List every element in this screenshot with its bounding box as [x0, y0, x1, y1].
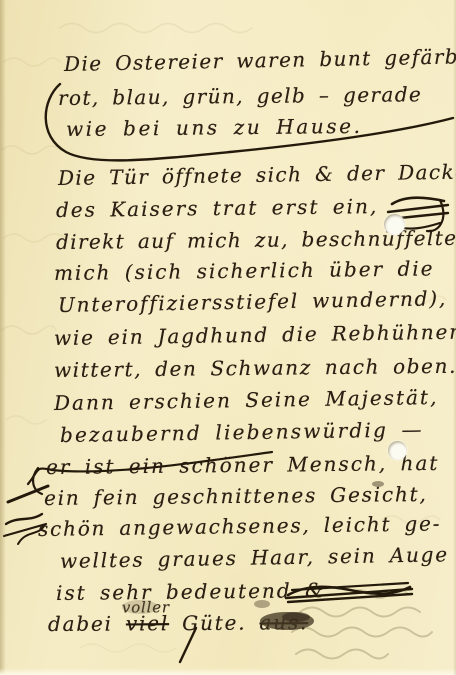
- manuscript-line-with-correction: dabei viel Güte. aus. voller: [48, 610, 308, 636]
- manuscript-line: mich (sich sicherlich über die: [54, 256, 435, 285]
- line-text: dabei: [48, 612, 113, 636]
- line-text: Unteroffiziersstiefel wundernd),: [58, 286, 447, 317]
- line-text: wie ein Jagdhund die Rebhühner: [54, 320, 456, 350]
- line-text: rot, blau, grün, gelb – gerade: [58, 82, 422, 110]
- punch-hole: [384, 214, 405, 235]
- punch-hole: [388, 441, 407, 460]
- manuscript-line: welltes graues Haar, sein Auge: [60, 542, 449, 573]
- line-text: er ist ein schöner Mensch, hat: [46, 451, 440, 479]
- manuscript-line: Dann erschien Seine Majestät,: [54, 385, 439, 415]
- manuscript-line: er ist ein schöner Mensch, hat: [46, 451, 440, 479]
- manuscript-line: Unteroffiziersstiefel wundernd),: [58, 286, 447, 317]
- manuscript-line: schön angewachsenes, leicht ge-: [38, 511, 442, 541]
- inserted-word-above-line: voller: [122, 598, 170, 616]
- line-text: wie bei uns zu Hause.: [66, 114, 363, 141]
- line-text: ist sehr bedeutend &: [56, 578, 325, 605]
- struck-word-smudged: aus.: [259, 610, 308, 634]
- manuscript-line: ist sehr bedeutend &: [56, 578, 325, 605]
- line-text: bezaubernd liebenswürdig —: [60, 417, 424, 447]
- line-text: welltes graues Haar, sein Auge: [60, 542, 449, 573]
- manuscript-line: rot, blau, grün, gelb – gerade: [58, 82, 422, 110]
- line-text: Die Ostereier waren bunt gefärbt,: [64, 44, 456, 76]
- manuscript-page: Die Ostereier waren bunt gefärbt, rot, b…: [0, 0, 456, 675]
- manuscript-line: wie bei uns zu Hause.: [66, 114, 363, 141]
- paper-edge-bottom: [0, 668, 456, 675]
- line-text: wittert, den Schwanz nach oben.: [54, 354, 456, 382]
- paper-edge-left: [0, 0, 6, 675]
- manuscript-line: wittert, den Schwanz nach oben.: [54, 354, 456, 382]
- manuscript-line: bezaubernd liebenswürdig —: [60, 417, 424, 447]
- line-text: Dann erschien Seine Majestät,: [54, 385, 439, 415]
- manuscript-line: wie ein Jagdhund die Rebhühner: [54, 320, 456, 350]
- manuscript-line: Die Tür öffnete sich & der Dackel: [58, 159, 456, 190]
- manuscript-line: ein fein geschnittenes Gesicht,: [44, 482, 428, 510]
- margin-hook: [33, 468, 42, 494]
- manuscript-line: Die Ostereier waren bunt gefärbt,: [64, 44, 456, 76]
- line-text: schön angewachsenes, leicht ge-: [38, 511, 442, 541]
- line-text: des Kaisers trat erst ein,: [56, 194, 379, 222]
- line-text: mich (sich sicherlich über die: [54, 256, 435, 285]
- line-text: ein fein geschnittenes Gesicht,: [44, 482, 428, 510]
- line-text: Die Tür öffnete sich & der Dackel: [58, 159, 456, 190]
- manuscript-line: des Kaisers trat erst ein,: [56, 194, 379, 222]
- line-text: Güte.: [182, 611, 246, 635]
